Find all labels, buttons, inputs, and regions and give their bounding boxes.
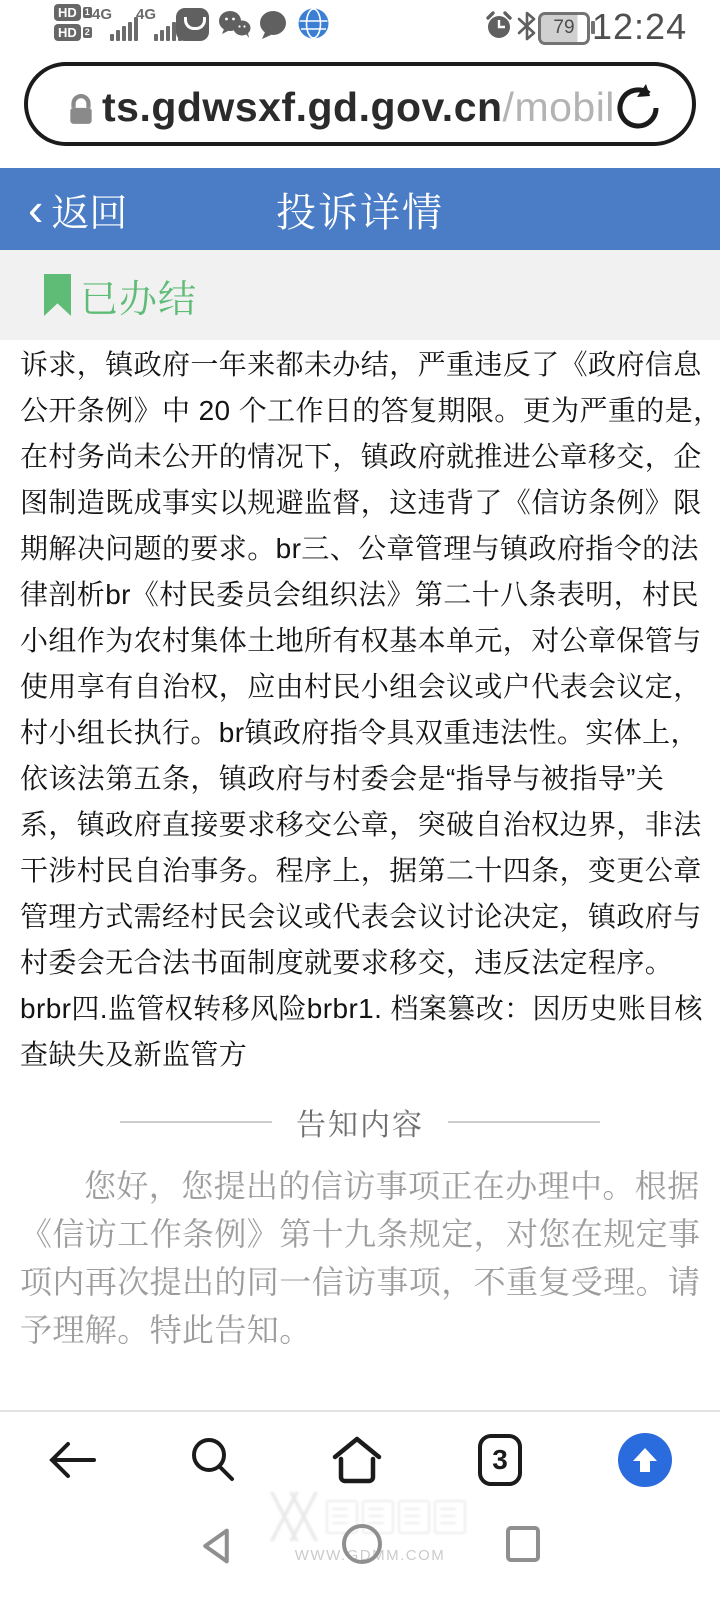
body-line: 公开条例》中 20 个工作日的答复期限。更为严重的是， (20, 388, 704, 434)
body-line: 系，镇政府直接要求移交公章，突破自治权边界，非法 (20, 802, 704, 848)
complaint-body-text: 诉求，镇政府一年来都未办结，严重违反了《政府信息 公开条例》中 20 个工作日的… (20, 342, 704, 1078)
clock-time: 12:24 (592, 6, 687, 48)
bluetooth-icon (516, 10, 538, 42)
browser-address-bar-row: ts.gdwsxf.gd.gov.cn/mobile/ts (0, 52, 720, 168)
notice-line: 《信访工作条例》第十九条规定，对您在规定事 (20, 1210, 704, 1258)
hd2-sim-number: 2 (83, 27, 92, 38)
hd-indicators: HD 1 HD 2 (54, 4, 92, 44)
status-bar: HD 1 HD 2 4G 4G (0, 0, 720, 52)
body-line: 村小组长执行。br镇政府指令具双重违法性。实体上， (20, 710, 704, 756)
browser-search-button[interactable] (165, 1412, 261, 1508)
browser-home-button[interactable] (309, 1412, 405, 1508)
body-line: 诉求，镇政府一年来都未办结，严重违反了《政府信息 (20, 342, 704, 388)
signal-bars-icon (110, 17, 138, 41)
body-line: 期解决问题的要求。br三、公章管理与镇政府指令的法 (20, 526, 704, 572)
arrow-up-icon (629, 1444, 661, 1476)
address-bar[interactable]: ts.gdwsxf.gd.gov.cn/mobile/ts (24, 62, 696, 146)
hd1-sim-number: 1 (83, 7, 92, 18)
scroll-to-top-button[interactable] (597, 1412, 693, 1508)
alarm-icon (484, 10, 514, 42)
body-line: 干涉村民自治事务。程序上，据第二十四条，变更公章 (20, 848, 704, 894)
body-line: 在村务尚未公开的情况下，镇政府就推进公章移交，企 (20, 434, 704, 480)
divider-line (120, 1121, 272, 1123)
app-store-notification-icon (176, 8, 209, 41)
battery-percent: 79 (541, 15, 587, 41)
notice-section-title: 告知内容 (296, 1100, 424, 1144)
tab-count-badge: 3 (478, 1434, 522, 1486)
lock-icon (68, 94, 94, 126)
body-line: 村委会无合法书面制度就要求移交，违反法定程序。 (20, 940, 704, 986)
body-line: 律剖析br《村民委员会组织法》第二十八条表明，村民 (20, 572, 704, 618)
notice-text: 您好，您提出的信访事项正在办理中。根据 《信访工作条例》第十九条规定，对您在规定… (20, 1162, 704, 1354)
android-nav-bar (0, 1506, 720, 1600)
url-domain: ts.gdwsxf.gd.gov.cn (102, 84, 503, 130)
body-line: 依该法第五条，镇政府与村委会是“指导与被指导”关 (20, 756, 704, 802)
network-type-label: 4G (136, 7, 156, 22)
page-header: ‹ 返回 投诉详情 (0, 168, 720, 250)
status-badge: 已办结 (80, 250, 197, 340)
url-path: /mobile/ts (503, 84, 612, 130)
search-icon (187, 1434, 239, 1486)
body-line: 使用享有自治权，应由村民小组会议或户代表会议定， (20, 664, 704, 710)
body-line: brbr四.监管权转移风险brbr1. 档案篡改：因历史账目核 (20, 986, 704, 1032)
body-line: 管理方式需经村民会议或代表会议讨论决定，镇政府与 (20, 894, 704, 940)
refresh-icon[interactable] (610, 80, 666, 136)
browser-tabs-button[interactable]: 3 (452, 1412, 548, 1508)
browser-bottom-nav: 3 (0, 1410, 720, 1508)
hd1-badge: HD 1 (54, 4, 92, 21)
android-home-button[interactable] (342, 1524, 382, 1564)
tab-count: 3 (492, 1444, 508, 1476)
phone-screen: HD 1 HD 2 4G 4G (0, 0, 720, 1600)
signal-sim1-icon: 4G (92, 7, 140, 43)
hd2-icon: HD (54, 24, 81, 41)
up-button-circle (618, 1433, 672, 1487)
notice-line: 项内再次提出的同一信访事项，不重复受理。请 (20, 1258, 704, 1306)
browser-notification-icon (298, 8, 329, 39)
url-text[interactable]: ts.gdwsxf.gd.gov.cn/mobile/ts (102, 84, 612, 134)
message-notification-icon (256, 8, 290, 42)
arrow-left-icon (44, 1434, 100, 1486)
divider-line (448, 1121, 600, 1123)
battery-icon: 79 (538, 12, 590, 45)
hd1-icon: HD (54, 4, 81, 21)
browser-back-button[interactable] (24, 1412, 120, 1508)
complaint-status-strip: 已办结 (0, 250, 720, 340)
bookmark-icon (44, 274, 71, 316)
home-icon (329, 1433, 385, 1487)
page-title: 投诉详情 (0, 168, 720, 250)
android-back-button[interactable] (196, 1524, 236, 1568)
body-line: 小组作为农村集体土地所有权基本单元，对公章保管与 (20, 618, 704, 664)
android-recents-button[interactable] (506, 1526, 540, 1562)
hd2-badge: HD 2 (54, 24, 92, 41)
body-line: 查缺失及新监管方 (20, 1032, 704, 1078)
notice-line: 您好，您提出的信访事项正在办理中。根据 (20, 1162, 704, 1210)
notice-line: 予理解。特此告知。 (20, 1306, 704, 1354)
body-line: 图制造既成事实以规避监督，这违背了《信访条例》限 (20, 480, 704, 526)
network-type-label: 4G (92, 7, 112, 22)
notice-section-divider: 告知内容 (0, 1100, 720, 1144)
wechat-notification-icon (216, 8, 252, 42)
